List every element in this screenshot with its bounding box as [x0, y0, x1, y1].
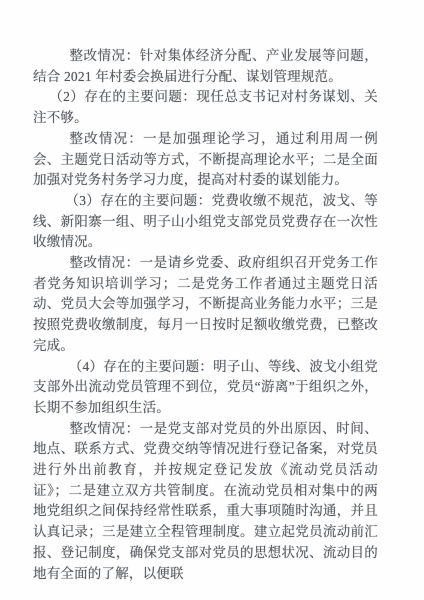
paragraph-problem-2: （2）存在的主要问题：现任总支书记对村务谋划、关注不够。	[33, 87, 378, 128]
paragraph-rectification-3: 整改情况：一是请乡党委、政府组织召开党务工作者党务知识培训学习；二是党务工作者通…	[33, 253, 378, 357]
paragraph-rectification-4: 整改情况：一是党支部对党员的外出原因、时间、地点、联系方式、党费交纳等情况进行登…	[33, 419, 378, 585]
document-page: 整改情况：针对集体经济分配、产业发展等问题，结合 2021 年村委会换届进行分配…	[0, 0, 424, 600]
paragraph-problem-4: （4）存在的主要问题：明子山、等线、波戈小组党支部外出流动党员管理不到位，党员“…	[33, 357, 378, 419]
document-text-block: 整改情况：针对集体经济分配、产业发展等问题，结合 2021 年村委会换届进行分配…	[33, 46, 378, 584]
paragraph-rectification-2: 整改情况：一是加强理论学习，通过利用周一例会、主题党日活动等方式，不断提高理论水…	[33, 129, 378, 191]
paragraph-problem-3: （3）存在的主要问题：党费收缴不规范，波戈、等线、新阳寨一组、明子山小组党支部党…	[33, 191, 378, 253]
paragraph-rectification-1: 整改情况：针对集体经济分配、产业发展等问题，结合 2021 年村委会换届进行分配…	[33, 46, 378, 87]
